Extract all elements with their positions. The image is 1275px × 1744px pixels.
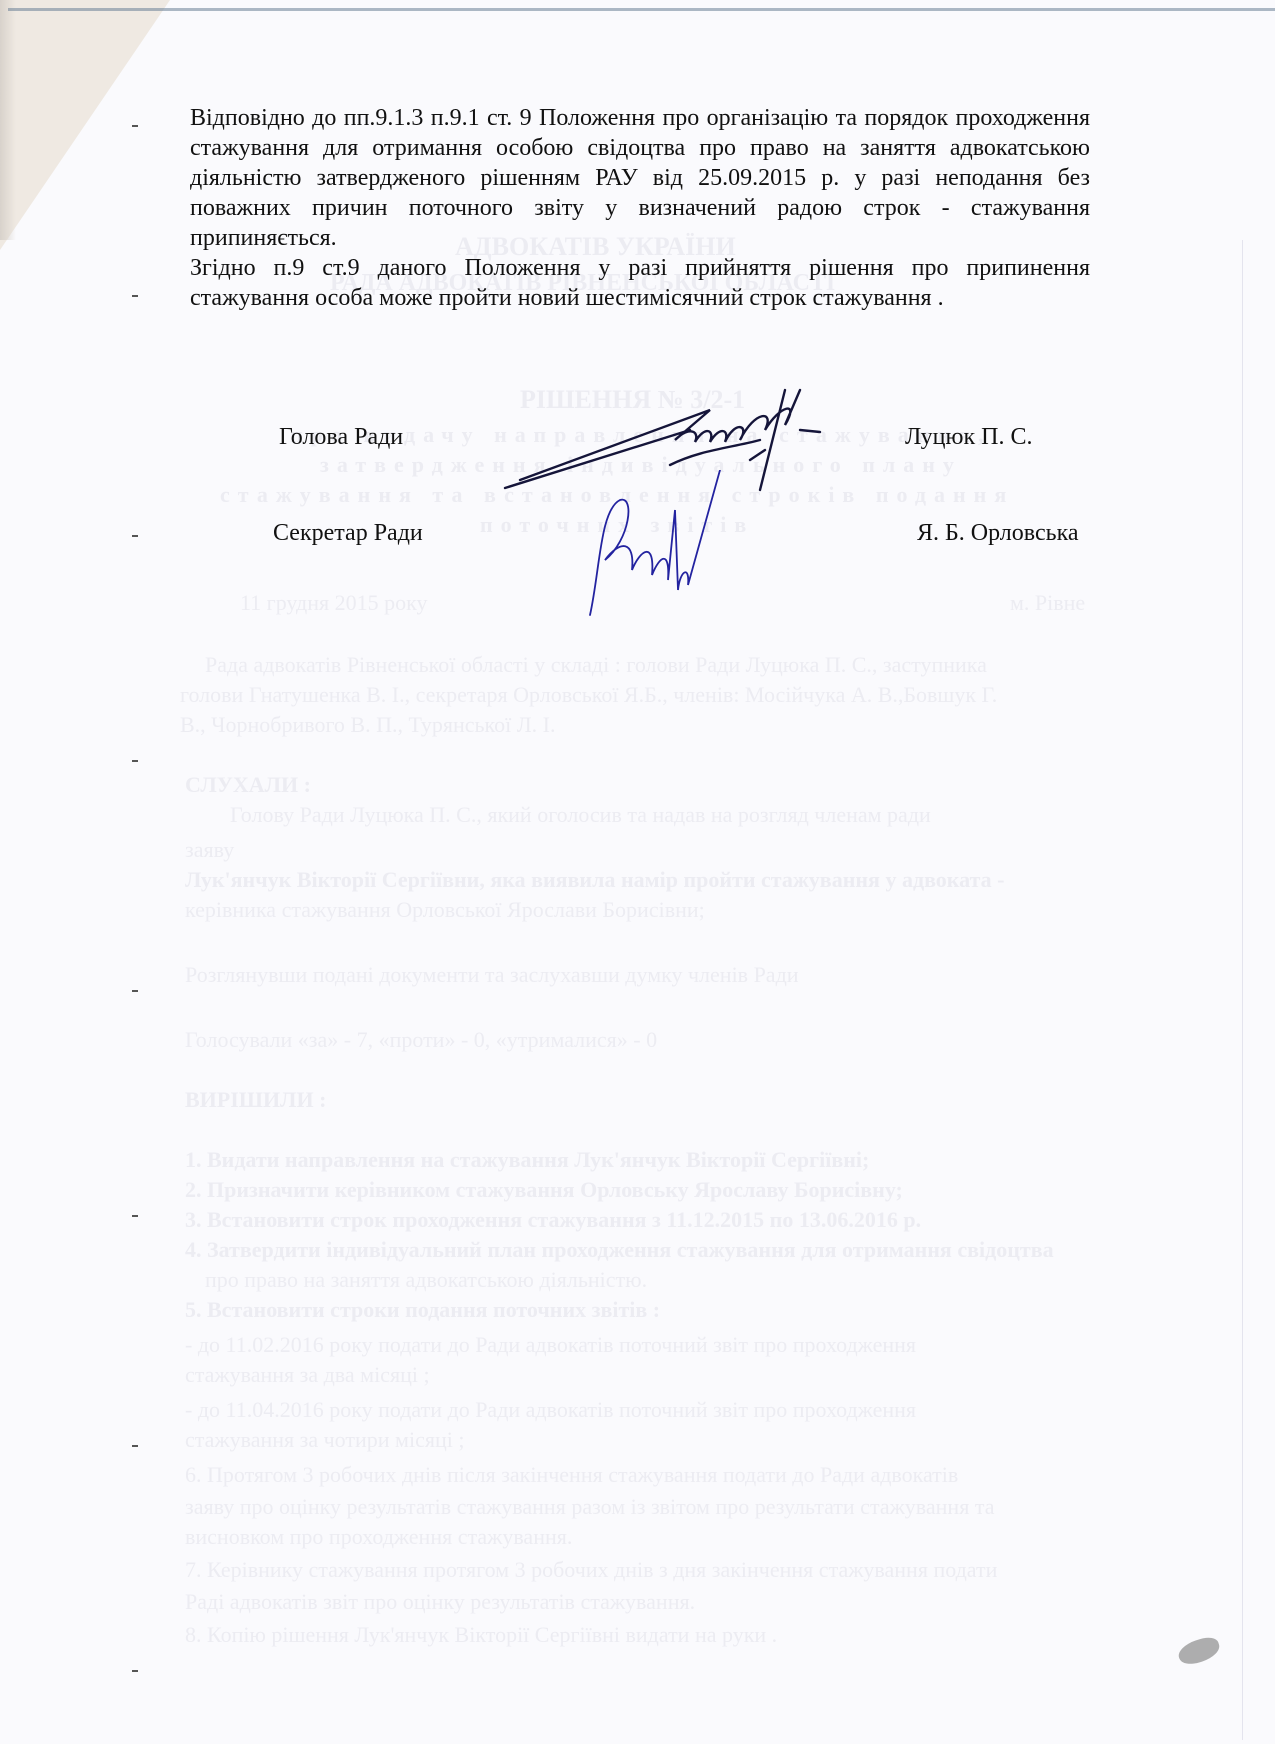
margin-mark xyxy=(132,295,138,297)
bleed-line: 5. Встановити строки подання поточних зв… xyxy=(185,1295,660,1325)
bleed-line: Розглянувши подані документи та заслухав… xyxy=(185,960,799,990)
bleed-line: висновком про проходження стажування. xyxy=(185,1522,572,1552)
bleed-line: - до 11.04.2016 року подати до Ради адво… xyxy=(185,1395,916,1425)
margin-mark xyxy=(132,990,138,992)
scan-artifact-line xyxy=(1242,240,1243,1740)
secretary-signature-icon xyxy=(560,470,740,620)
bleed-line: В., Чорнобривого В. П., Турянської Л. І. xyxy=(180,710,555,740)
ink-smudge xyxy=(1176,1634,1223,1668)
margin-mark xyxy=(132,1215,138,1217)
margin-mark xyxy=(132,1445,138,1447)
bleed-line: заяву xyxy=(185,835,234,865)
margin-mark xyxy=(132,125,138,127)
paragraph-new-term: Згідно п.9 ст.9 даного Положення у разі … xyxy=(190,253,1090,313)
signature-role-secretary: Секретар Ради xyxy=(273,520,423,547)
bleed-line: Голову Ради Луцюка П. С., який оголосив … xyxy=(230,800,931,830)
signature-role-chairman: Голова Ради xyxy=(279,424,403,451)
bleed-line: заяву про оцінку результатів стажування … xyxy=(185,1492,994,1522)
corner-shadow xyxy=(0,0,16,240)
margin-mark xyxy=(132,1670,138,1672)
bleed-line: 2. Призначити керівником стажування Орло… xyxy=(185,1175,903,1205)
bleed-line: СЛУХАЛИ : xyxy=(185,770,311,800)
bleed-line: 7. Керівнику стажування протягом 3 робоч… xyxy=(185,1555,997,1585)
bleed-line: Рада адвокатів Рівненської області у скл… xyxy=(205,650,987,680)
bleed-line: 8. Копію рішення Лук'янчук Вікторії Серг… xyxy=(185,1620,777,1650)
bleed-line: голови Гнатушенка В. І., секретаря Орлов… xyxy=(180,680,997,710)
margin-mark xyxy=(132,760,138,762)
bleed-line: стажування за два місяці ; xyxy=(185,1360,430,1390)
bleed-line: ВИРІШИЛИ : xyxy=(185,1085,326,1115)
signature-name-secretary: Я. Б. Орловська xyxy=(917,520,1079,547)
main-text-block: Відповідно до пп.9.1.3 п.9.1 ст. 9 Полож… xyxy=(190,103,1090,313)
bleed-line: керівника стажування Орловської Ярослави… xyxy=(185,895,705,925)
bleed-line: Раді адвокатів звіт про оцінку результат… xyxy=(185,1587,695,1617)
scan-edge xyxy=(8,8,1275,11)
margin-mark xyxy=(132,535,138,537)
bleed-line: - до 11.02.2016 року подати до Ради адво… xyxy=(185,1330,916,1360)
bleed-line: 1. Видати направлення на стажування Лук'… xyxy=(185,1145,869,1175)
bleed-date: 11 грудня 2015 року xyxy=(240,588,428,618)
folded-corner xyxy=(0,0,170,250)
bleed-line: Лук'янчук Вікторії Сергіївни, яка виявил… xyxy=(185,865,1004,895)
signature-name-chairman: Луцюк П. С. xyxy=(905,424,1032,451)
paragraph-regulation: Відповідно до пп.9.1.3 п.9.1 ст. 9 Полож… xyxy=(190,103,1090,253)
bleed-line: 3. Встановити строк проходження стажуван… xyxy=(185,1205,921,1235)
scanned-page: АДВОКАТІВ УКРАЇНИ РАДА АДВОКАТІВ РІВНЕНС… xyxy=(0,0,1275,1744)
bleed-line: стажування за чотири місяці ; xyxy=(185,1425,464,1455)
bleed-line: про право на заняття адвокатською діяльн… xyxy=(205,1265,647,1295)
bleed-line: 4. Затвердити індивідуальний план проход… xyxy=(185,1235,1054,1265)
bleed-line: 6. Протягом 3 робочих днів після закінче… xyxy=(185,1460,958,1490)
bleed-city: м. Рівне xyxy=(1010,588,1085,618)
bleed-line: Голосували «за» - 7, «проти» - 0, «утрим… xyxy=(185,1025,657,1055)
